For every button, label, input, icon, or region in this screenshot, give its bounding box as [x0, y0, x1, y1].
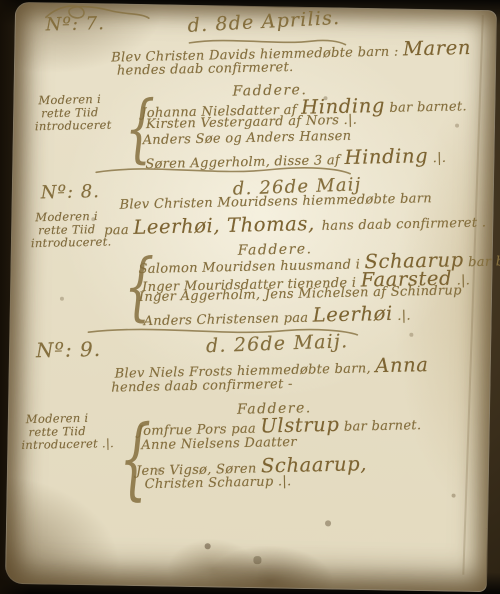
page-content: Nº: 7. d. 8de Aprilis. Blev Christen Dav… [0, 0, 500, 594]
body-line: hendes daab confirmeret. [117, 61, 294, 80]
body-line: paa Leerhøi, Thomas, hans daab confirmer… [104, 209, 486, 239]
margin-note-line: introduceret. [31, 235, 112, 250]
text-segment: bar barnet. [339, 418, 421, 435]
text-segment: Christen Schaarup .|. [145, 474, 292, 492]
text-segment: Blev Christen Mouridsens hiemmedøbte bar… [119, 191, 432, 213]
text-segment: Anne Nielsens Daatter [141, 435, 297, 453]
entry-number: Nº: 7. [45, 14, 105, 36]
entry-number: Nº: 8. [41, 182, 101, 204]
entry-number: Nº: 9. [36, 338, 102, 362]
emphasized-word: Ulstrup [260, 413, 340, 438]
emphasized-word: Leerhøi [312, 302, 393, 327]
entry-date: d. 8de Aprilis. [187, 8, 341, 38]
photo-background: Nº: 7. d. 8de Aprilis. Blev Christen Dav… [0, 0, 500, 594]
margin-note-line: introduceret .|. [21, 437, 114, 452]
margin-note-line: introduceret [35, 119, 112, 134]
body-line: hendes daab confirmeret - [111, 378, 293, 397]
text-segment: Anders Søe og Anders Hansen [143, 129, 352, 148]
emphasized-word: Thomas, [227, 212, 322, 237]
text-segment: hendes daab confirmeret. [117, 60, 294, 79]
text-segment: hendes daab confirmeret - [111, 377, 293, 396]
emphasized-word: Hinding [344, 144, 428, 169]
entry-date: d. 26de Maij. [206, 331, 349, 358]
text-segment: bar barnet. [385, 99, 467, 116]
emphasized-word: Anna [375, 353, 429, 377]
fadder-line: Anne Nielsens Daatter [141, 436, 297, 454]
fadder-line: Christen Schaarup .|. [145, 475, 292, 493]
fadder-line: Anders Søe og Anders Hansen [143, 130, 352, 149]
text-segment: .|. [393, 309, 411, 324]
emphasized-word: Maren [403, 36, 471, 60]
emphasized-word: Leerhøi, [133, 214, 227, 239]
text-segment: .|. [428, 151, 446, 166]
manuscript-page: Nº: 7. d. 8de Aprilis. Blev Christen Dav… [5, 2, 497, 592]
text-segment: hans daab confirmeret . [321, 215, 486, 233]
body-line: Blev Christen Mouridsens hiemmedøbte bar… [119, 192, 432, 213]
